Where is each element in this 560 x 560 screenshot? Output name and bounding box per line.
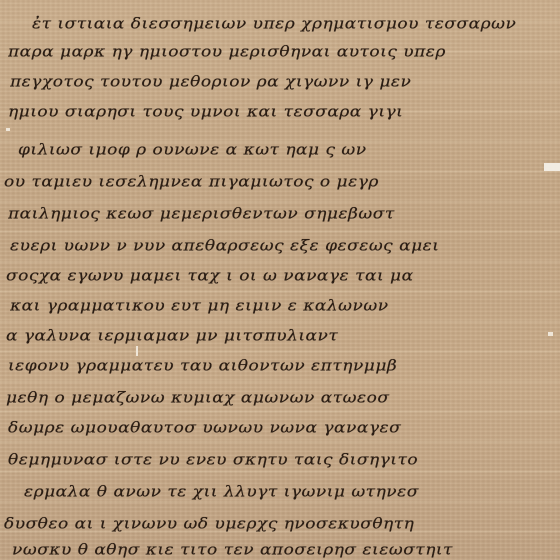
text-line-13: μεθη ο μεμαζωνω κυμιαχ αμωνων ατωεοσ xyxy=(6,389,560,407)
papyrus-damage-speck xyxy=(136,346,138,356)
text-line-9: σοςχα εγωνυ μαμει ταχ ι οι ω ναναγε ται … xyxy=(6,267,560,285)
text-line-18: νωσκυ θ αθησ κιε τιτο τεν αποσειρησ ειεω… xyxy=(12,541,560,559)
papyrus-damage-speck xyxy=(6,128,10,131)
text-line-7: παιλημιος κεωσ μεμερισθεντων σημεβωστ xyxy=(8,205,560,223)
text-line-17: δυσθεο αι ι χινωνυ ωδ υμερχς ηνοσεκυσθητ… xyxy=(4,515,560,533)
text-line-3: πεγχοτος τουτου μεθοριον ρα χιγωνν ιγ με… xyxy=(10,73,560,91)
text-line-6: ου ταμιευ ιεσελημνεα πιγαμιωτος ο μεγρ xyxy=(4,173,560,191)
text-line-11: α γαλυνα ιερμιαμαν μν μιτσπυλιαντ xyxy=(6,327,560,345)
text-line-12: ιεφονυ γραμματευ ταυ αιθοντων επτηνμμβ xyxy=(8,357,560,375)
text-line-10: και γραμματικου ευτ μη ειμιν ε καλωνων xyxy=(10,297,560,315)
papyrus-fragment: ἐτ ιστιαια διεσσημειων υπερ χρηματισμου … xyxy=(0,0,560,560)
papyrus-tear-highlight xyxy=(544,163,560,171)
text-line-14: δωμρε ωμουαθαυτοσ υωνωυ νωνα γαναγεσ xyxy=(8,419,560,437)
text-line-4: ημιου σιαρησι τους υμνοι και τεσσαρα γιγ… xyxy=(8,103,560,121)
text-line-15: θεμημυνασ ιστε νυ ενευ σκητυ ταις δισηγι… xyxy=(8,451,560,469)
text-line-2: παρα μαρκ ηγ ημιοστου μερισθηναι αυτοις … xyxy=(8,43,560,61)
text-line-8: ευερι υωνν ν νυν απεθαρσεως εξε φεσεως α… xyxy=(10,237,560,255)
text-line-16: ερμαλα θ ανων τε χιι λλυγτ ιγωνιμ ωτηνεσ xyxy=(24,483,560,501)
text-line-1: ἐτ ιστιαια διεσσημειων υπερ χρηματισμου … xyxy=(32,15,560,33)
text-line-5: φιλιωσ ιμοφ ρ ουνωνε α κωτ ηαμ ς ων xyxy=(18,141,560,159)
